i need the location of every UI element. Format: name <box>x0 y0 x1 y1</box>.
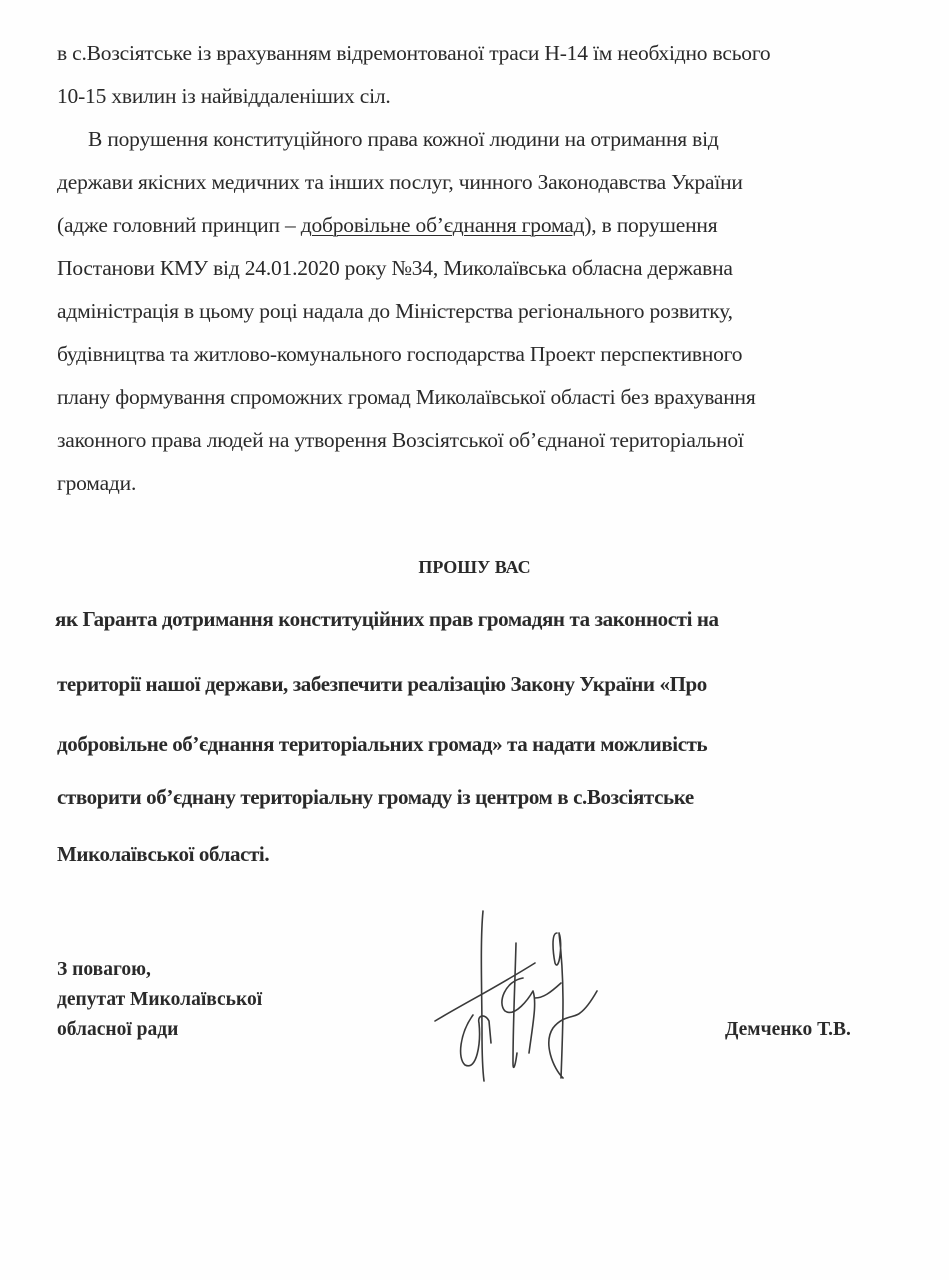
text-line: будівництва та житлово-комунального госп… <box>57 342 742 367</box>
document-page: в с.Возсіятське із врахуванням відремонт… <box>0 0 949 1280</box>
bold-text-line: як Гаранта дотримання конституційних пра… <box>55 607 719 632</box>
request-heading: ПРОШУ ВАС <box>0 557 949 578</box>
closing-block: З повагою, депутат Миколаївської обласно… <box>57 955 262 1045</box>
text-line: адміністрація в цьому році надала до Мін… <box>57 299 733 324</box>
text-line: в с.Возсіятське із врахуванням відремонт… <box>57 41 770 66</box>
text-line: 10-15 хвилин із найвіддаленіших сіл. <box>57 84 391 109</box>
text-line-with-underline: (адже головний принцип – добровільне об’… <box>57 213 717 238</box>
text-line: законного права людей на утворення Возсі… <box>57 428 744 453</box>
bold-text-line: добровільне об’єднання територіальних гр… <box>57 732 707 757</box>
bold-text-line: створити об’єднану територіальну громаду… <box>57 785 694 810</box>
signature-icon <box>425 903 615 1088</box>
text-line: В порушення конституційного права кожної… <box>88 127 719 152</box>
text-line: держави якісних медичних та інших послуг… <box>57 170 743 195</box>
signer-name: Демченко Т.В. <box>725 1015 851 1045</box>
signer-title-line-1: депутат Миколаївської <box>57 985 262 1015</box>
bold-text-line: Миколаївської області. <box>57 842 269 867</box>
text-segment: ), в порушення <box>584 213 717 237</box>
text-segment: (адже головний принцип – <box>57 213 301 237</box>
salutation: З повагою, <box>57 955 262 985</box>
bold-text-line: території нашої держави, забезпечити реа… <box>57 672 707 697</box>
text-line: плану формування спроможних громад Микол… <box>57 385 756 410</box>
text-line: громади. <box>57 471 136 496</box>
text-line: Постанови КМУ від 24.01.2020 року №34, М… <box>57 256 733 281</box>
signer-title-line-2: обласної ради <box>57 1015 262 1045</box>
underlined-phrase: добровільне об’єднання громад <box>301 213 585 237</box>
